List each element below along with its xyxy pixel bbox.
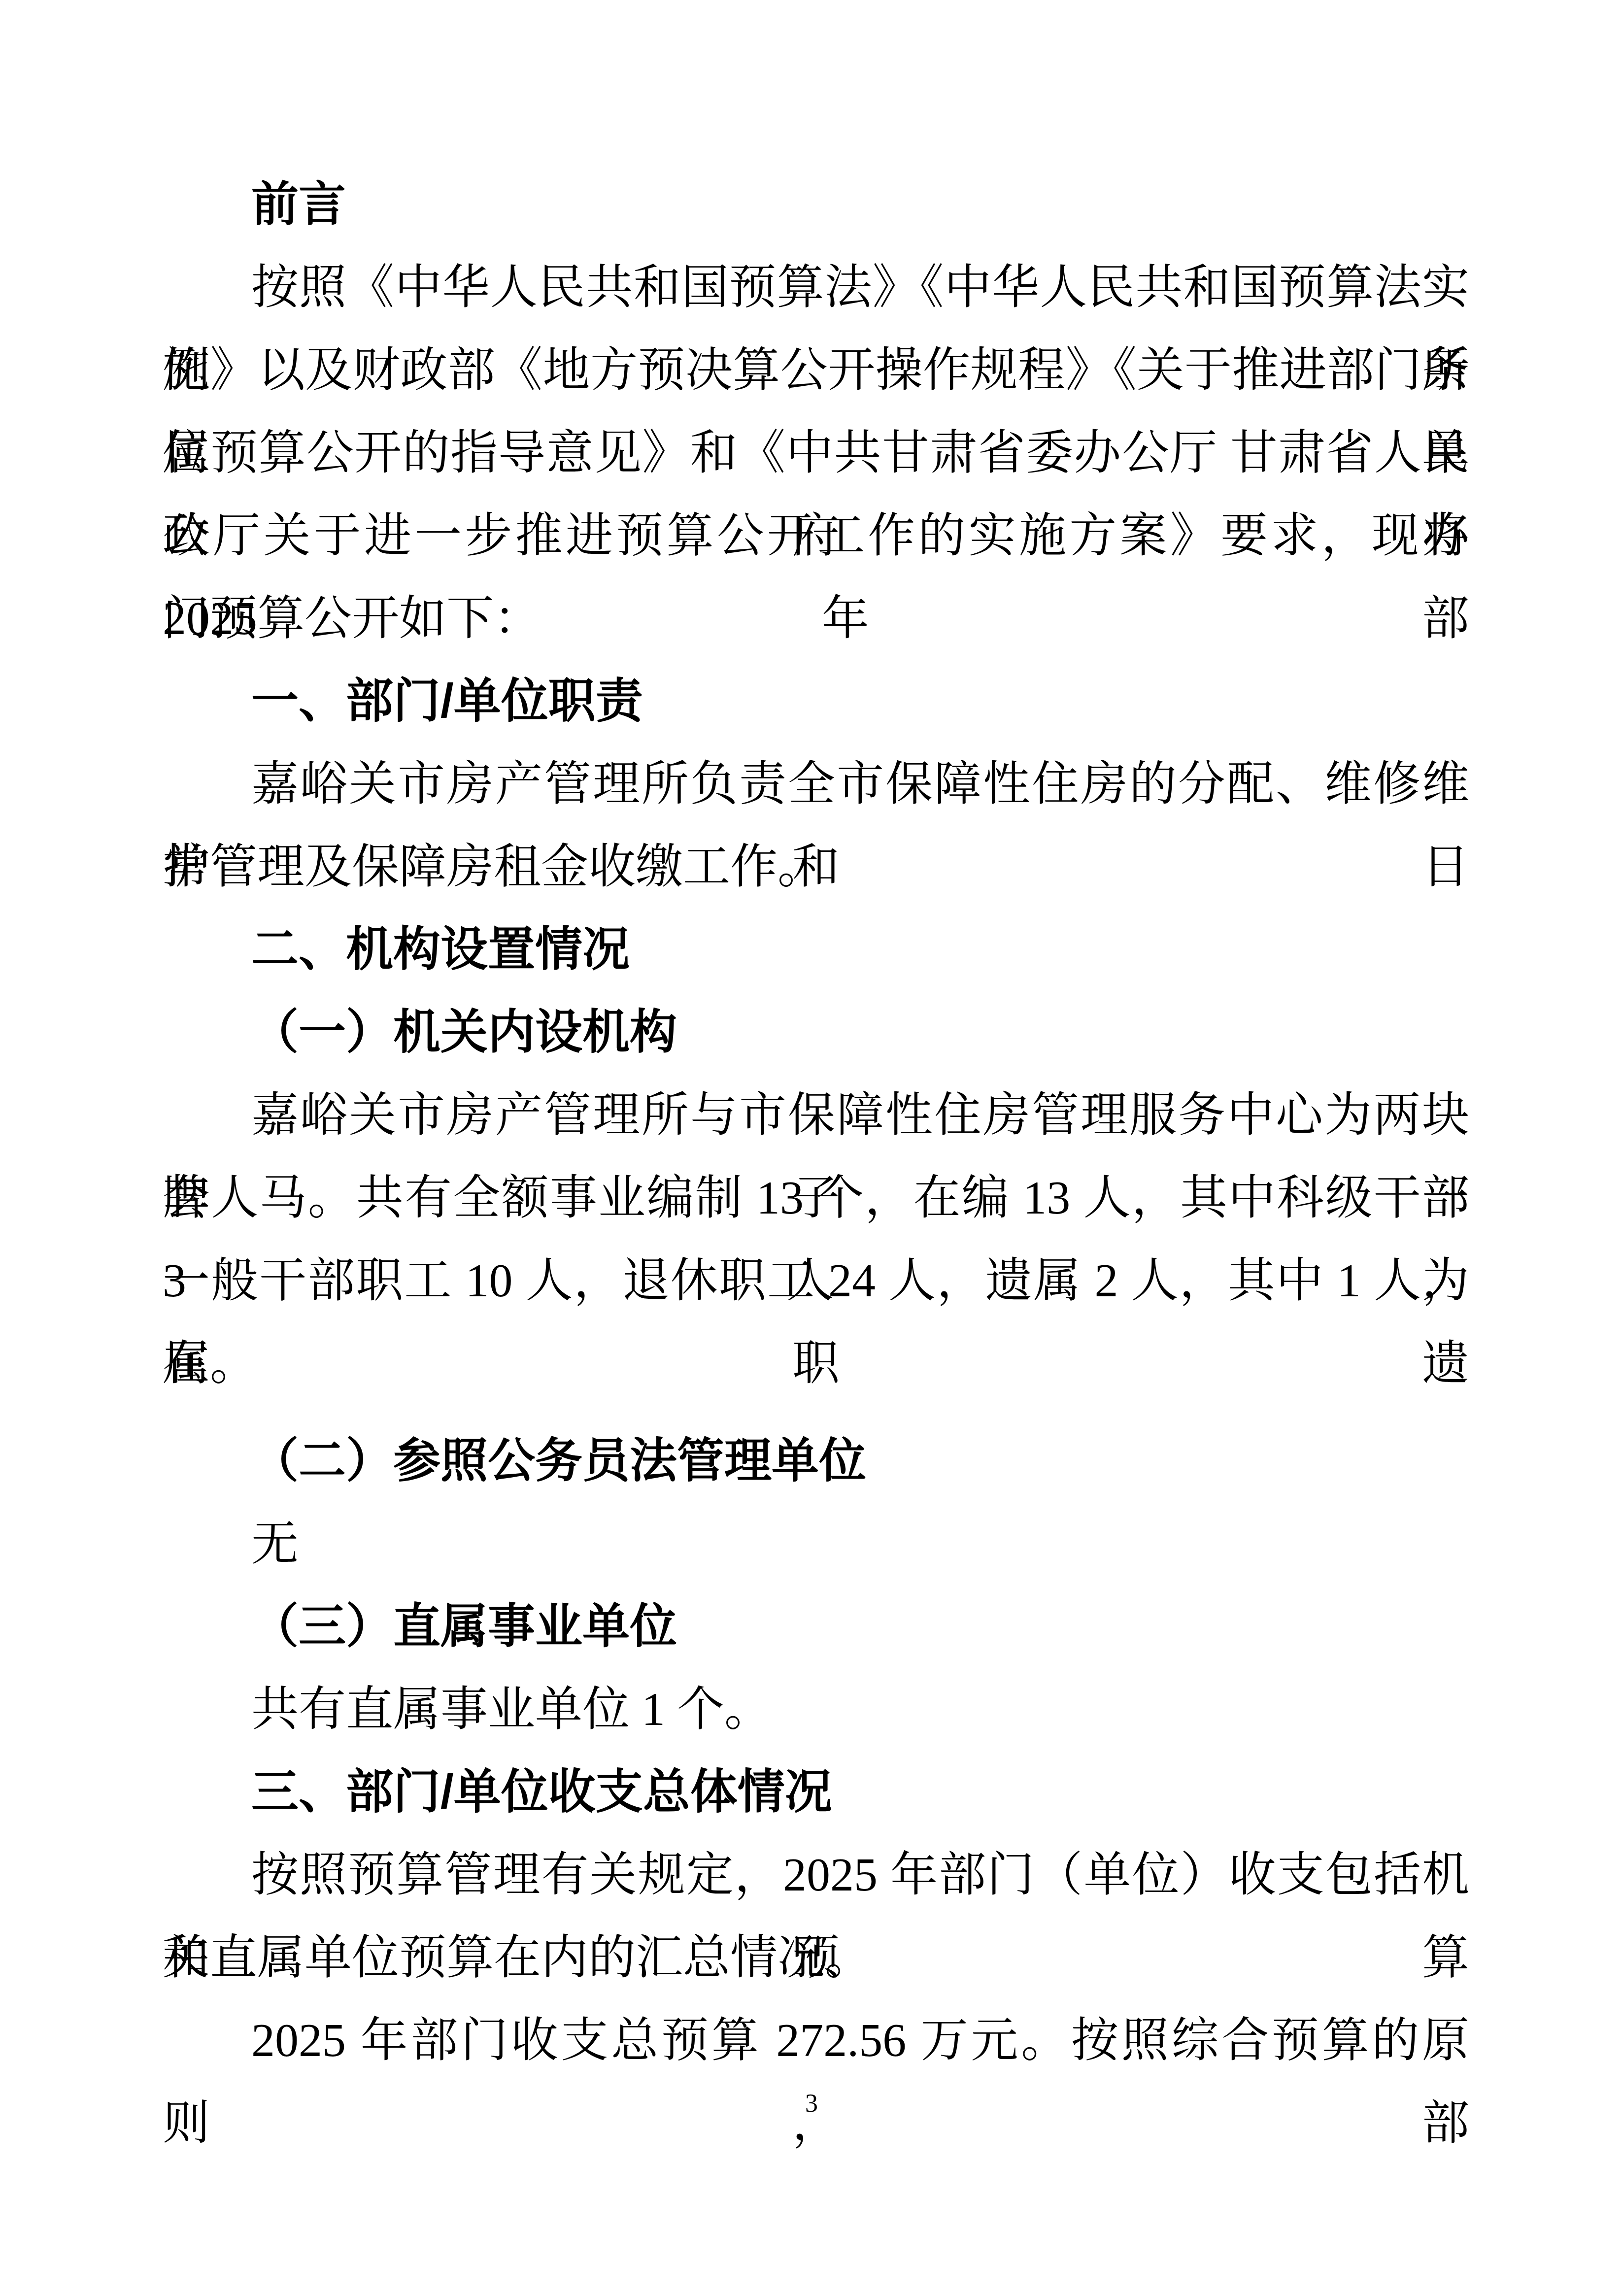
body-text-line: 嘉峪关市房产管理所负责全市保障性住房的分配、维修维护和日 [163, 743, 1469, 825]
preface-heading: 前言 [163, 163, 1469, 246]
section-heading-2: 二、机构设置情况 [163, 908, 1469, 991]
body-text-line: 例》以及财政部《地方预决算公开操作规程》《关于推进部门所属单 [163, 329, 1469, 411]
document-body: 前言 按照《中华人民共和国预算法》《中华人民共和国预算法实施条 例》以及财政部《… [163, 163, 1469, 2082]
body-text-line: 2025 年部门收支总预算 272.56 万元。按照综合预算的原则，部 [163, 1999, 1469, 2082]
subsection-heading-2-2: （二）参照公务员法管理单位 [163, 1419, 1469, 1502]
subsection-heading-2-3: （三）直属事业单位 [163, 1585, 1469, 1668]
subsection-heading-2-1: （一）机关内设机构 [163, 991, 1469, 1074]
body-text-line: 嘉峪关市房产管理所与市保障性住房管理服务中心为两块牌子一 [163, 1074, 1469, 1156]
body-text-line: 位预算公开的指导意见》和《中共甘肃省委办公厅 甘肃省人民政府办 [163, 411, 1469, 494]
body-text-line: 按照《中华人民共和国预算法》《中华人民共和国预算法实施条 [163, 246, 1469, 329]
page-number: 3 [0, 2089, 1623, 2119]
section-heading-3: 三、部门/单位收支总体情况 [163, 1751, 1469, 1833]
body-text-line: 套人马。共有全额事业编制 13 个，在编 13 人，其中科级干部 3 人， [163, 1156, 1469, 1239]
body-text-line: 公厅关于进一步推进预算公开工作的实施方案》要求，现将 2025 年部 [163, 494, 1469, 577]
body-text-line: 无 [163, 1502, 1469, 1585]
body-text-line: 共有直属事业单位 1 个。 [163, 1668, 1469, 1751]
body-text-line: 一般干部职工 10 人，退休职工 24 人，遗属 2 人，其中 1 人为在职遗 [163, 1239, 1469, 1322]
body-text-line: 按照预算管理有关规定，2025 年部门（单位）收支包括机关预算 [163, 1833, 1469, 1916]
document-page: 前言 按照《中华人民共和国预算法》《中华人民共和国预算法实施条 例》以及财政部《… [0, 0, 1623, 2296]
section-heading-1: 一、部门/单位职责 [163, 660, 1469, 743]
